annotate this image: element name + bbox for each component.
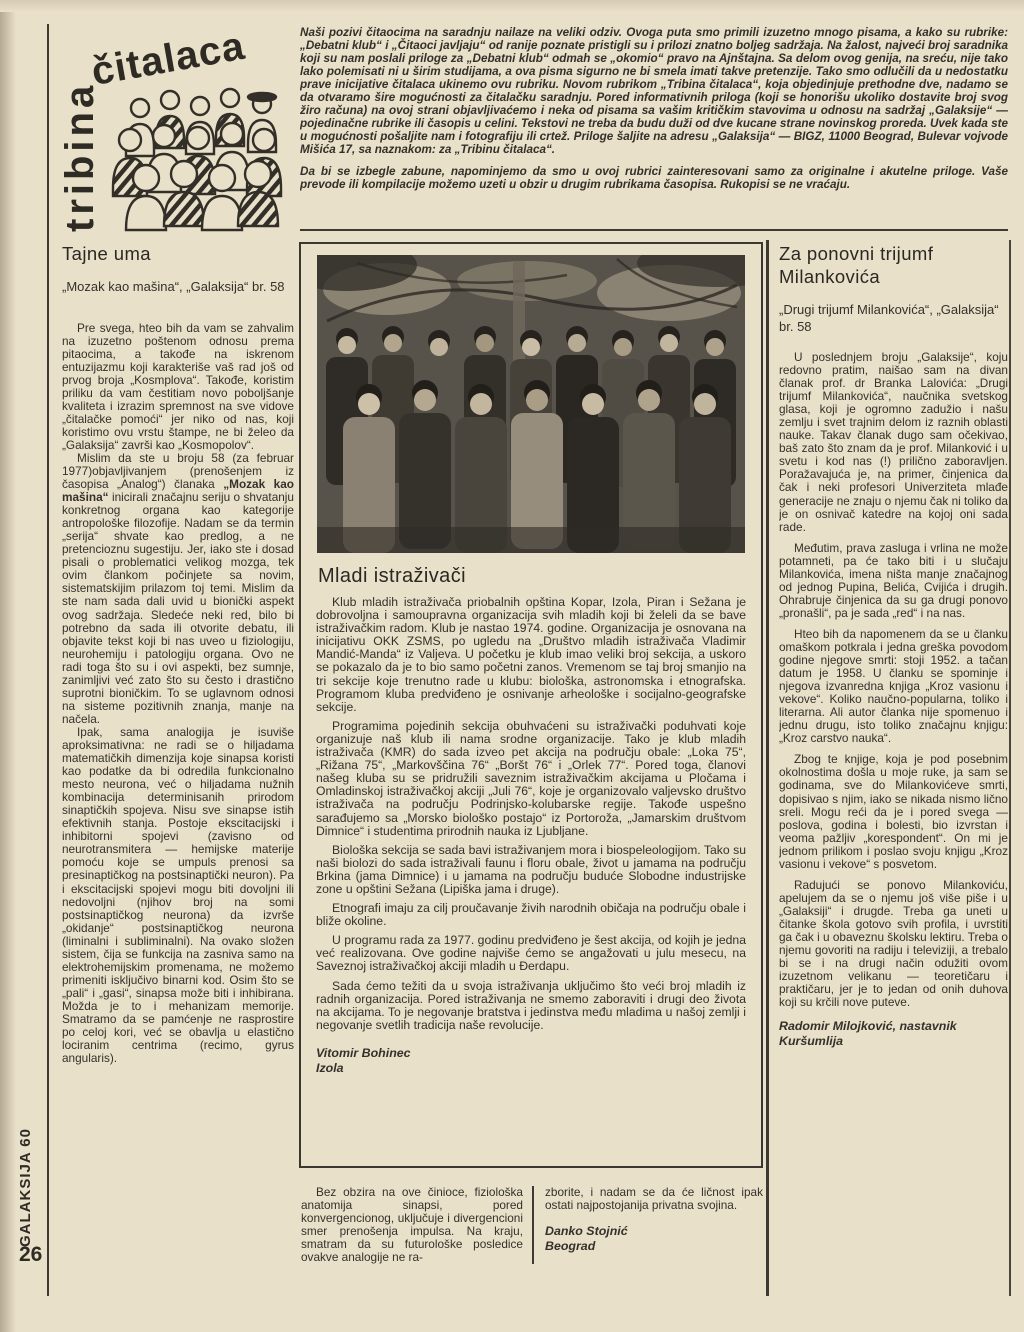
section-logo: tribina čitalaca xyxy=(58,24,290,232)
paragraph: Radujući se ponovo Milankoviću, apelujem… xyxy=(779,879,1008,1009)
paragraph: Bez obzira na ove činioce, fiziološka an… xyxy=(301,1186,523,1264)
left-article-title: Tajne uma xyxy=(62,242,294,265)
paragraph: zborite, i nadam se da će ličnost ipak o… xyxy=(545,1186,763,1212)
middle-article: Mladi istraživači Klub mladih istraživač… xyxy=(299,242,763,1168)
paragraph: Programima pojedinih sekcija obuhvaćeni … xyxy=(316,720,746,838)
paragraph: U programu rada za 1977. godinu predviđe… xyxy=(316,934,746,973)
signature-name: Radomir Milojković, nastavnik xyxy=(779,1019,1008,1034)
middle-article-signature: Vitomir Bohinec Izola xyxy=(316,1046,746,1076)
magazine-issue-label: GALAKSIJA 60 xyxy=(17,1128,34,1247)
left-article-signature: Danko Stojnić Beograd xyxy=(545,1224,763,1254)
paragraph: Klub mladih istraživača priobalnih opšti… xyxy=(316,596,746,714)
intro-paragraph: Naši pozivi čitaocima na saradnju nailaz… xyxy=(300,26,1008,156)
signature-place: Beograd xyxy=(545,1239,763,1254)
right-page-rule xyxy=(1009,240,1011,1296)
magazine-page: tribina čitalaca xyxy=(0,0,1024,1332)
paragraph: Pre svega, hteo bih da vam se zahvalim n… xyxy=(62,322,294,452)
paragraph: Međutim, prava zasluga i vrlina ne može … xyxy=(779,542,1008,620)
signature-place: Kuršumlija xyxy=(779,1034,1008,1049)
paragraph: Biološka sekcija se sada bavi istraživan… xyxy=(316,844,746,896)
left-article-continuation: Bez obzira na ove činioce, fiziološka an… xyxy=(301,1186,763,1264)
paragraph: Sada ćemo težiti da u svoja istraživanja… xyxy=(316,980,746,1032)
intro-divider xyxy=(300,229,1008,231)
scan-edge xyxy=(0,0,16,1332)
paragraph: Mislim da ste u broju 58 (za februar 197… xyxy=(62,452,294,726)
continuation-column-1: Bez obzira na ove činioce, fiziološka an… xyxy=(301,1186,532,1264)
editorial-intro: Naši pozivi čitaocima na saradnju nailaz… xyxy=(300,26,1008,226)
right-article: Za ponovni trijumf Milankovića „Drugi tr… xyxy=(779,242,1008,1296)
continuation-column-2: zborite, i nadam se da će ličnost ipak o… xyxy=(532,1186,763,1264)
middle-right-rule xyxy=(766,240,769,1296)
paragraph: Hteo bih da napomenem da se u članku oma… xyxy=(779,628,1008,745)
middle-article-title: Mladi istraživači xyxy=(318,565,746,588)
signature-name: Danko Stojnić xyxy=(545,1224,763,1239)
paragraph-text: inicirali značajnu seriju o shvatanju ko… xyxy=(62,490,294,726)
group-photo xyxy=(317,255,745,553)
intro-paragraph: Da bi se izbegle zabune, napominjemo da … xyxy=(300,165,1008,191)
right-article-subtitle: „Drugi trijumf Milankovića“, „Galaksija“… xyxy=(779,302,1008,335)
signature-place: Izola xyxy=(316,1061,746,1076)
signature-name: Vitomir Bohinec xyxy=(316,1046,746,1061)
paragraph: U poslednjem broju „Galaksije“, koju red… xyxy=(779,351,1008,534)
page-number: 26 xyxy=(19,1243,42,1267)
left-page-rule xyxy=(47,24,49,1296)
middle-article-body: Klub mladih istraživača priobalnih opšti… xyxy=(316,596,746,1032)
paragraph: Ipak, sama analogija je isuviše aproksim… xyxy=(62,726,294,1065)
crowd-illustration xyxy=(104,78,290,232)
left-article: Tajne uma „Mozak kao mašina“, „Galaksija… xyxy=(62,242,294,1296)
left-article-subtitle: „Mozak kao mašina“, „Galaksija“ br. 58 xyxy=(62,279,294,296)
right-article-title: Za ponovni trijumf Milankovića xyxy=(779,242,1008,288)
right-article-body: U poslednjem broju „Galaksije“, koju red… xyxy=(779,351,1008,1009)
scan-edge-top xyxy=(0,0,1024,12)
paragraph: Zbog te knjige, koja je pod posebnim oko… xyxy=(779,753,1008,870)
paragraph: Etnografi imaju za cilj proučavanje živi… xyxy=(316,902,746,928)
left-article-body: Pre svega, hteo bih da vam se zahvalim n… xyxy=(62,322,294,1066)
right-article-signature: Radomir Milojković, nastavnik Kuršumlija xyxy=(779,1019,1008,1049)
